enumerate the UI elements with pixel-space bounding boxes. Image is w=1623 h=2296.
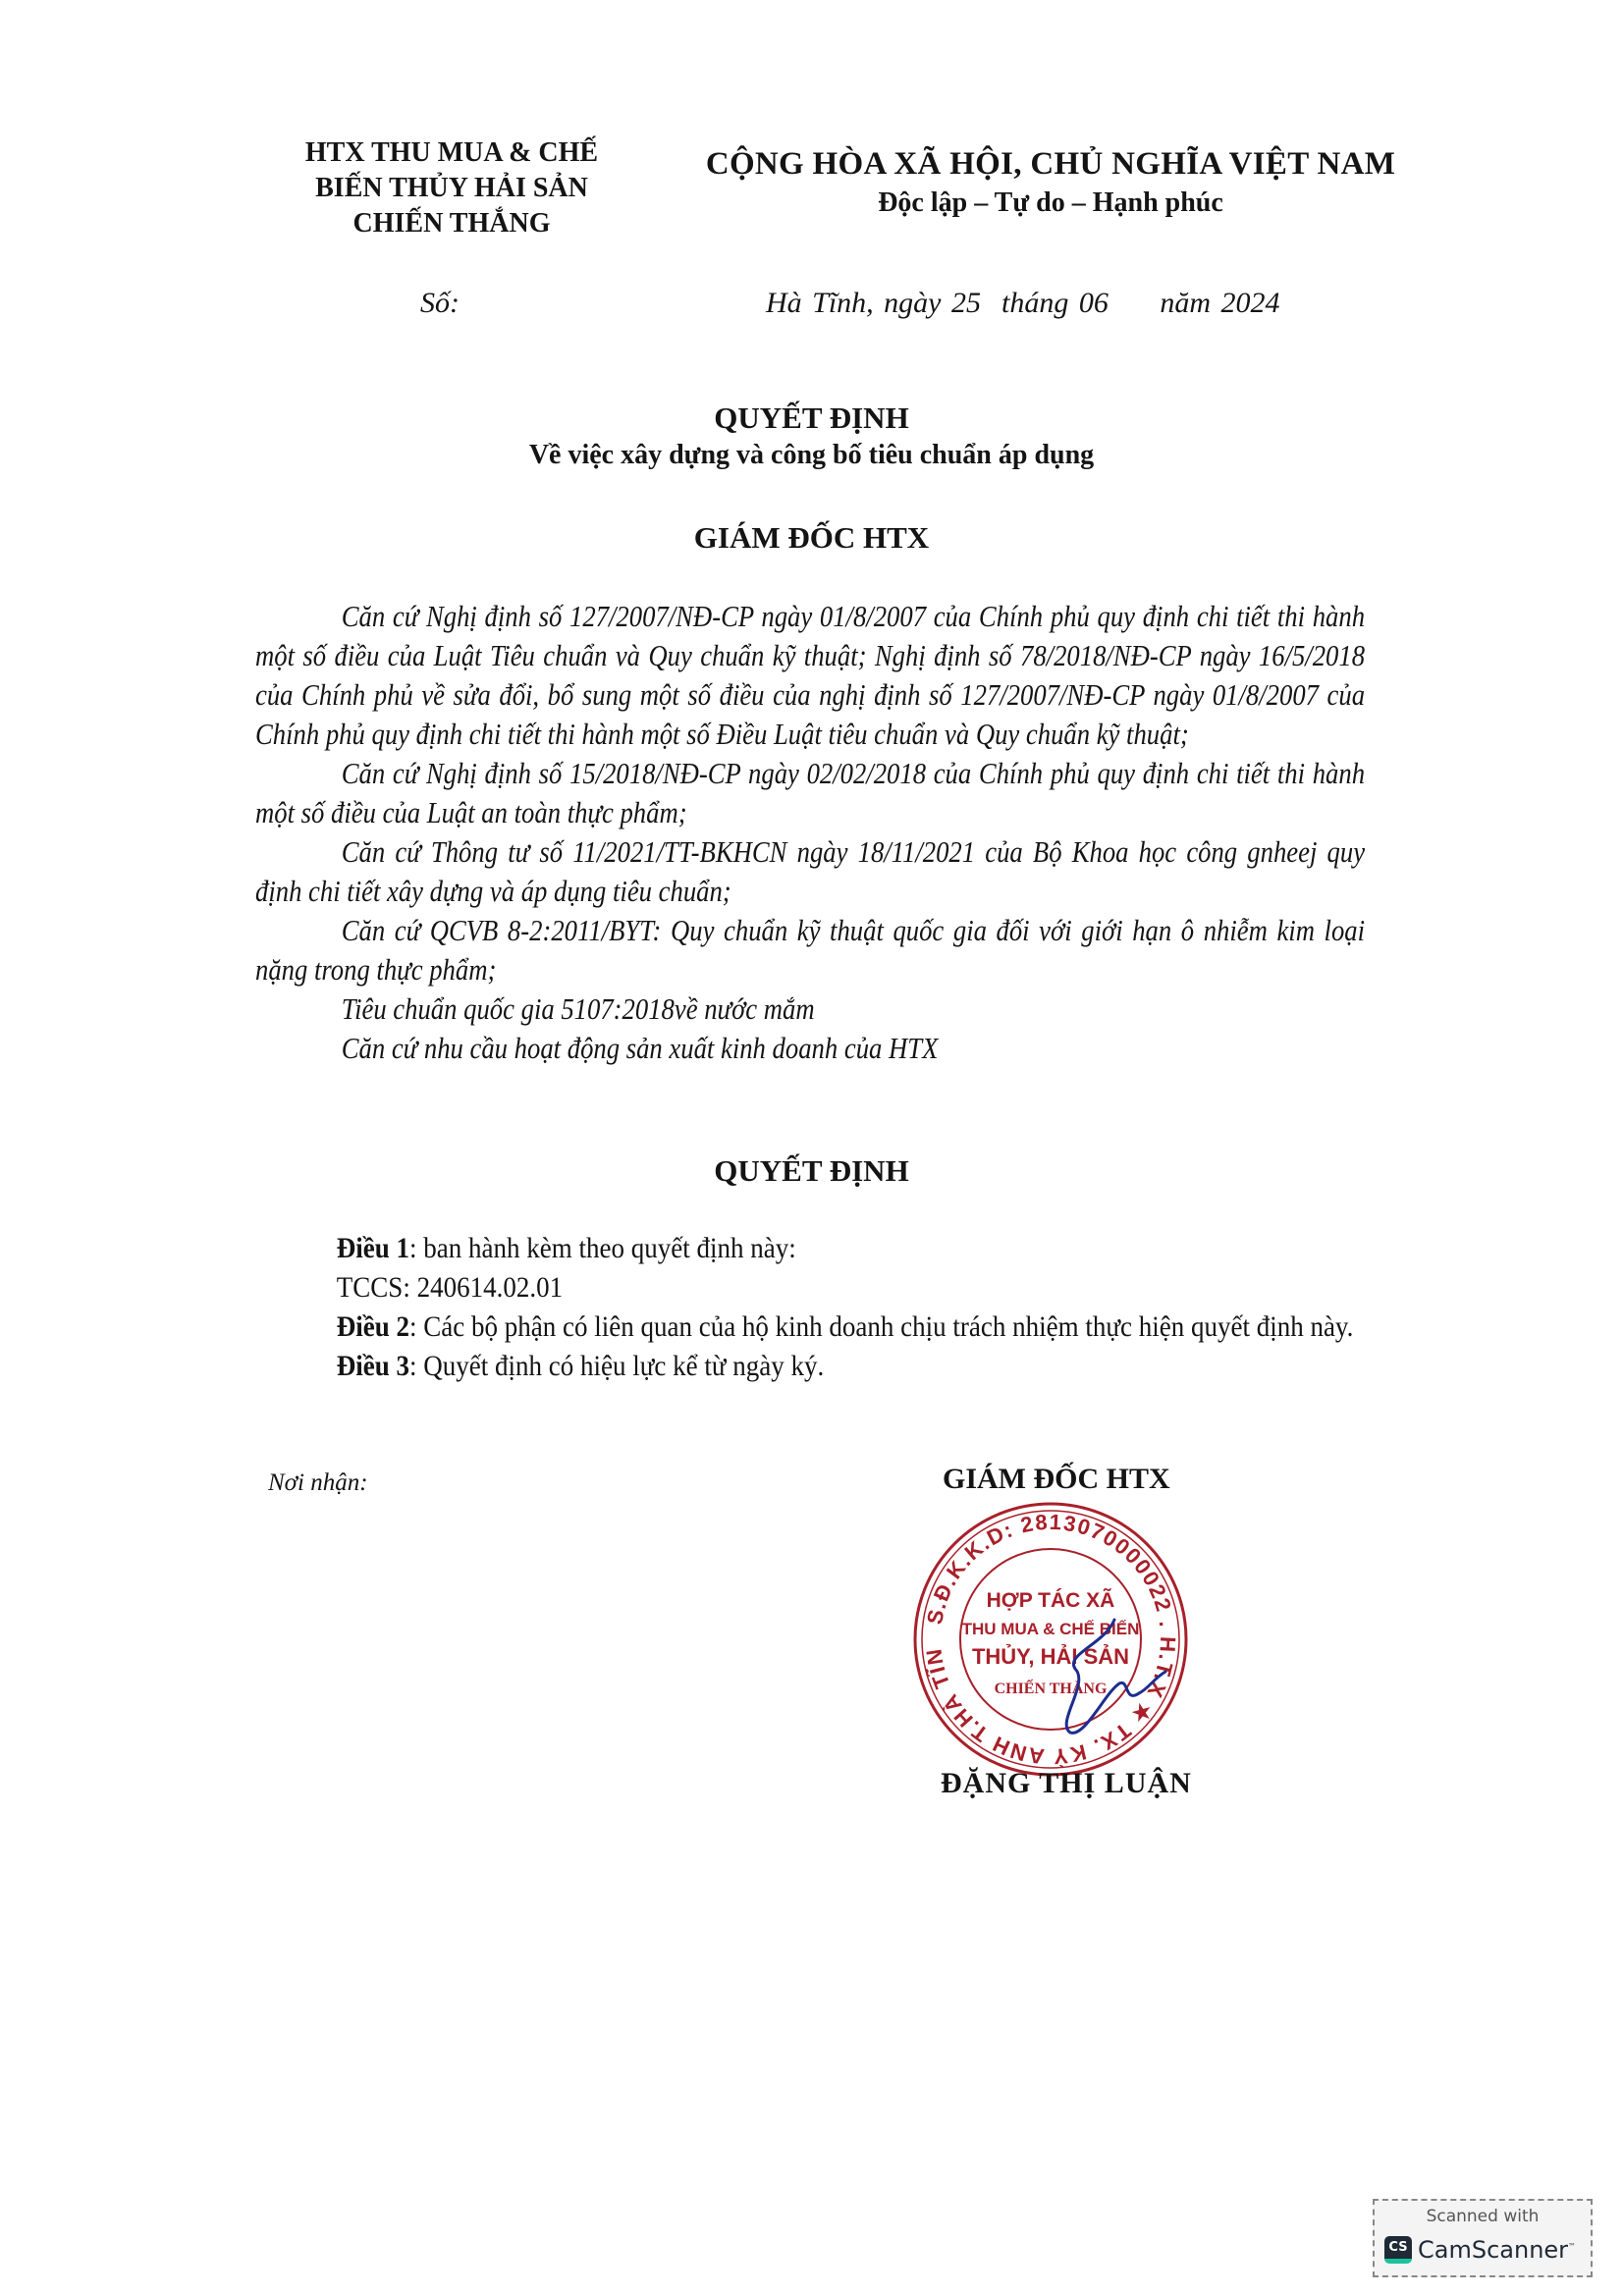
camscanner-watermark: Scanned with CS CamScanner™ [1373,2199,1593,2277]
article-text: : ban hành kèm theo quyết định này: [409,1232,796,1264]
stamp-line: THỦY, HẢI SẢN [972,1644,1129,1669]
national-motto: Độc lập – Tự do – Hạnh phúc [677,185,1424,222]
signer-title: GIÁM ĐỐC HTX [943,1463,1170,1496]
decision-title: QUYẾT ĐỊNH [0,1153,1623,1189]
scanned-with-label: Scanned with [1375,2207,1591,2226]
document-subject: Về việc xây dựng và công bố tiêu chuẩn á… [0,440,1623,471]
basis-item: Tiêu chuẩn quốc gia 5107:2018về nước mắm [255,989,1365,1029]
camscanner-brand: CS CamScanner™ [1384,2236,1576,2264]
basis-item: Căn cứ QCVB 8-2:2011/BYT: Quy chuẩn kỹ t… [255,911,1365,989]
article-1-standard-code: TCCS: 240614.02.01 [255,1268,1365,1308]
basis-item: Căn cứ Nghị định số 15/2018/NĐ-CP ngày 0… [255,754,1365,832]
document-date: Hà Tĩnh, ngày 25 tháng 06 năm 2024 [766,287,1280,320]
org-line-2: BIẾN THỦY HẢI SẢN [270,171,633,206]
signer-name: ĐẶNG THỊ LUẬN [941,1767,1192,1800]
articles: Điều 1: ban hành kèm theo quyết định này… [255,1229,1365,1386]
article-label: Điều 2 [337,1310,409,1343]
brand-text: CamScanner [1418,2236,1568,2264]
org-line-1: HTX THU MUA & CHẾ [270,135,633,171]
basis-item: Căn cứ Thông tư số 11/2021/TT-BKHCN ngày… [255,832,1365,911]
document-title: QUYẾT ĐỊNH [0,400,1623,436]
article-label: Điều 1 [337,1232,409,1264]
nation-header: CỘNG HÒA XÃ HỘI, CHỦ NGHĨA VIỆT NAM Độc … [677,143,1424,222]
document-number-label: Số: [420,287,460,320]
nation-name: CỘNG HÒA XÃ HỘI, CHỦ NGHĨA VIỆT NAM [677,143,1424,185]
company-seal-stamp: S.Đ.K.K.D: 2813070000022 . H.T.X ★ TX. K… [908,1497,1193,1782]
basis-item: Căn cứ Nghị định số 127/2007/NĐ-CP ngày … [255,597,1365,754]
camscanner-logo-icon: CS [1384,2236,1412,2264]
article-3: Điều 3: Quyết định có hiệu lực kể từ ngà… [255,1347,1365,1386]
article-2: Điều 2: Các bộ phận có liên quan của hộ … [255,1308,1365,1347]
stamp-line: HỢP TÁC XÃ [987,1589,1115,1612]
legal-basis: Căn cứ Nghị định số 127/2007/NĐ-CP ngày … [255,597,1365,1068]
article-text: : Quyết định có hiệu lực kể từ ngày ký. [409,1350,824,1382]
article-1: Điều 1: ban hành kèm theo quyết định này… [255,1229,1365,1268]
article-label: Điều 3 [337,1350,409,1382]
trademark-symbol: ™ [1568,2242,1576,2251]
basis-item: Căn cứ nhu cầu hoạt động sản xuất kinh d… [255,1029,1365,1068]
article-text: : Các bộ phận có liên quan của hộ kinh d… [409,1310,1353,1343]
organization-header: HTX THU MUA & CHẾ BIẾN THỦY HẢI SẢN CHIẾ… [270,135,633,241]
authority-heading: GIÁM ĐỐC HTX [0,520,1623,556]
camscanner-brand-name: CamScanner™ [1418,2236,1576,2264]
stamp-line: CHIẾN THẮNG [995,1679,1108,1697]
recipients-label: Nơi nhận: [268,1469,368,1497]
org-line-3: CHIẾN THẮNG [270,206,633,241]
